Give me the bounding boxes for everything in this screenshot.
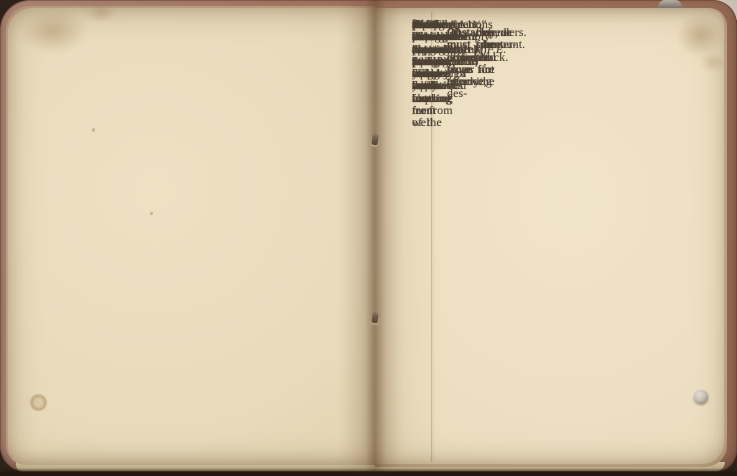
book-bottom-shadow [0, 468, 737, 476]
staple [371, 136, 378, 146]
book-photo: 21 cleared out by dipping buckets or by … [0, 0, 737, 476]
left-page [6, 6, 375, 465]
text-line: communications than to multiply obstacle… [412, 18, 493, 55]
staple [371, 314, 378, 324]
pearl-blemish [694, 390, 708, 404]
